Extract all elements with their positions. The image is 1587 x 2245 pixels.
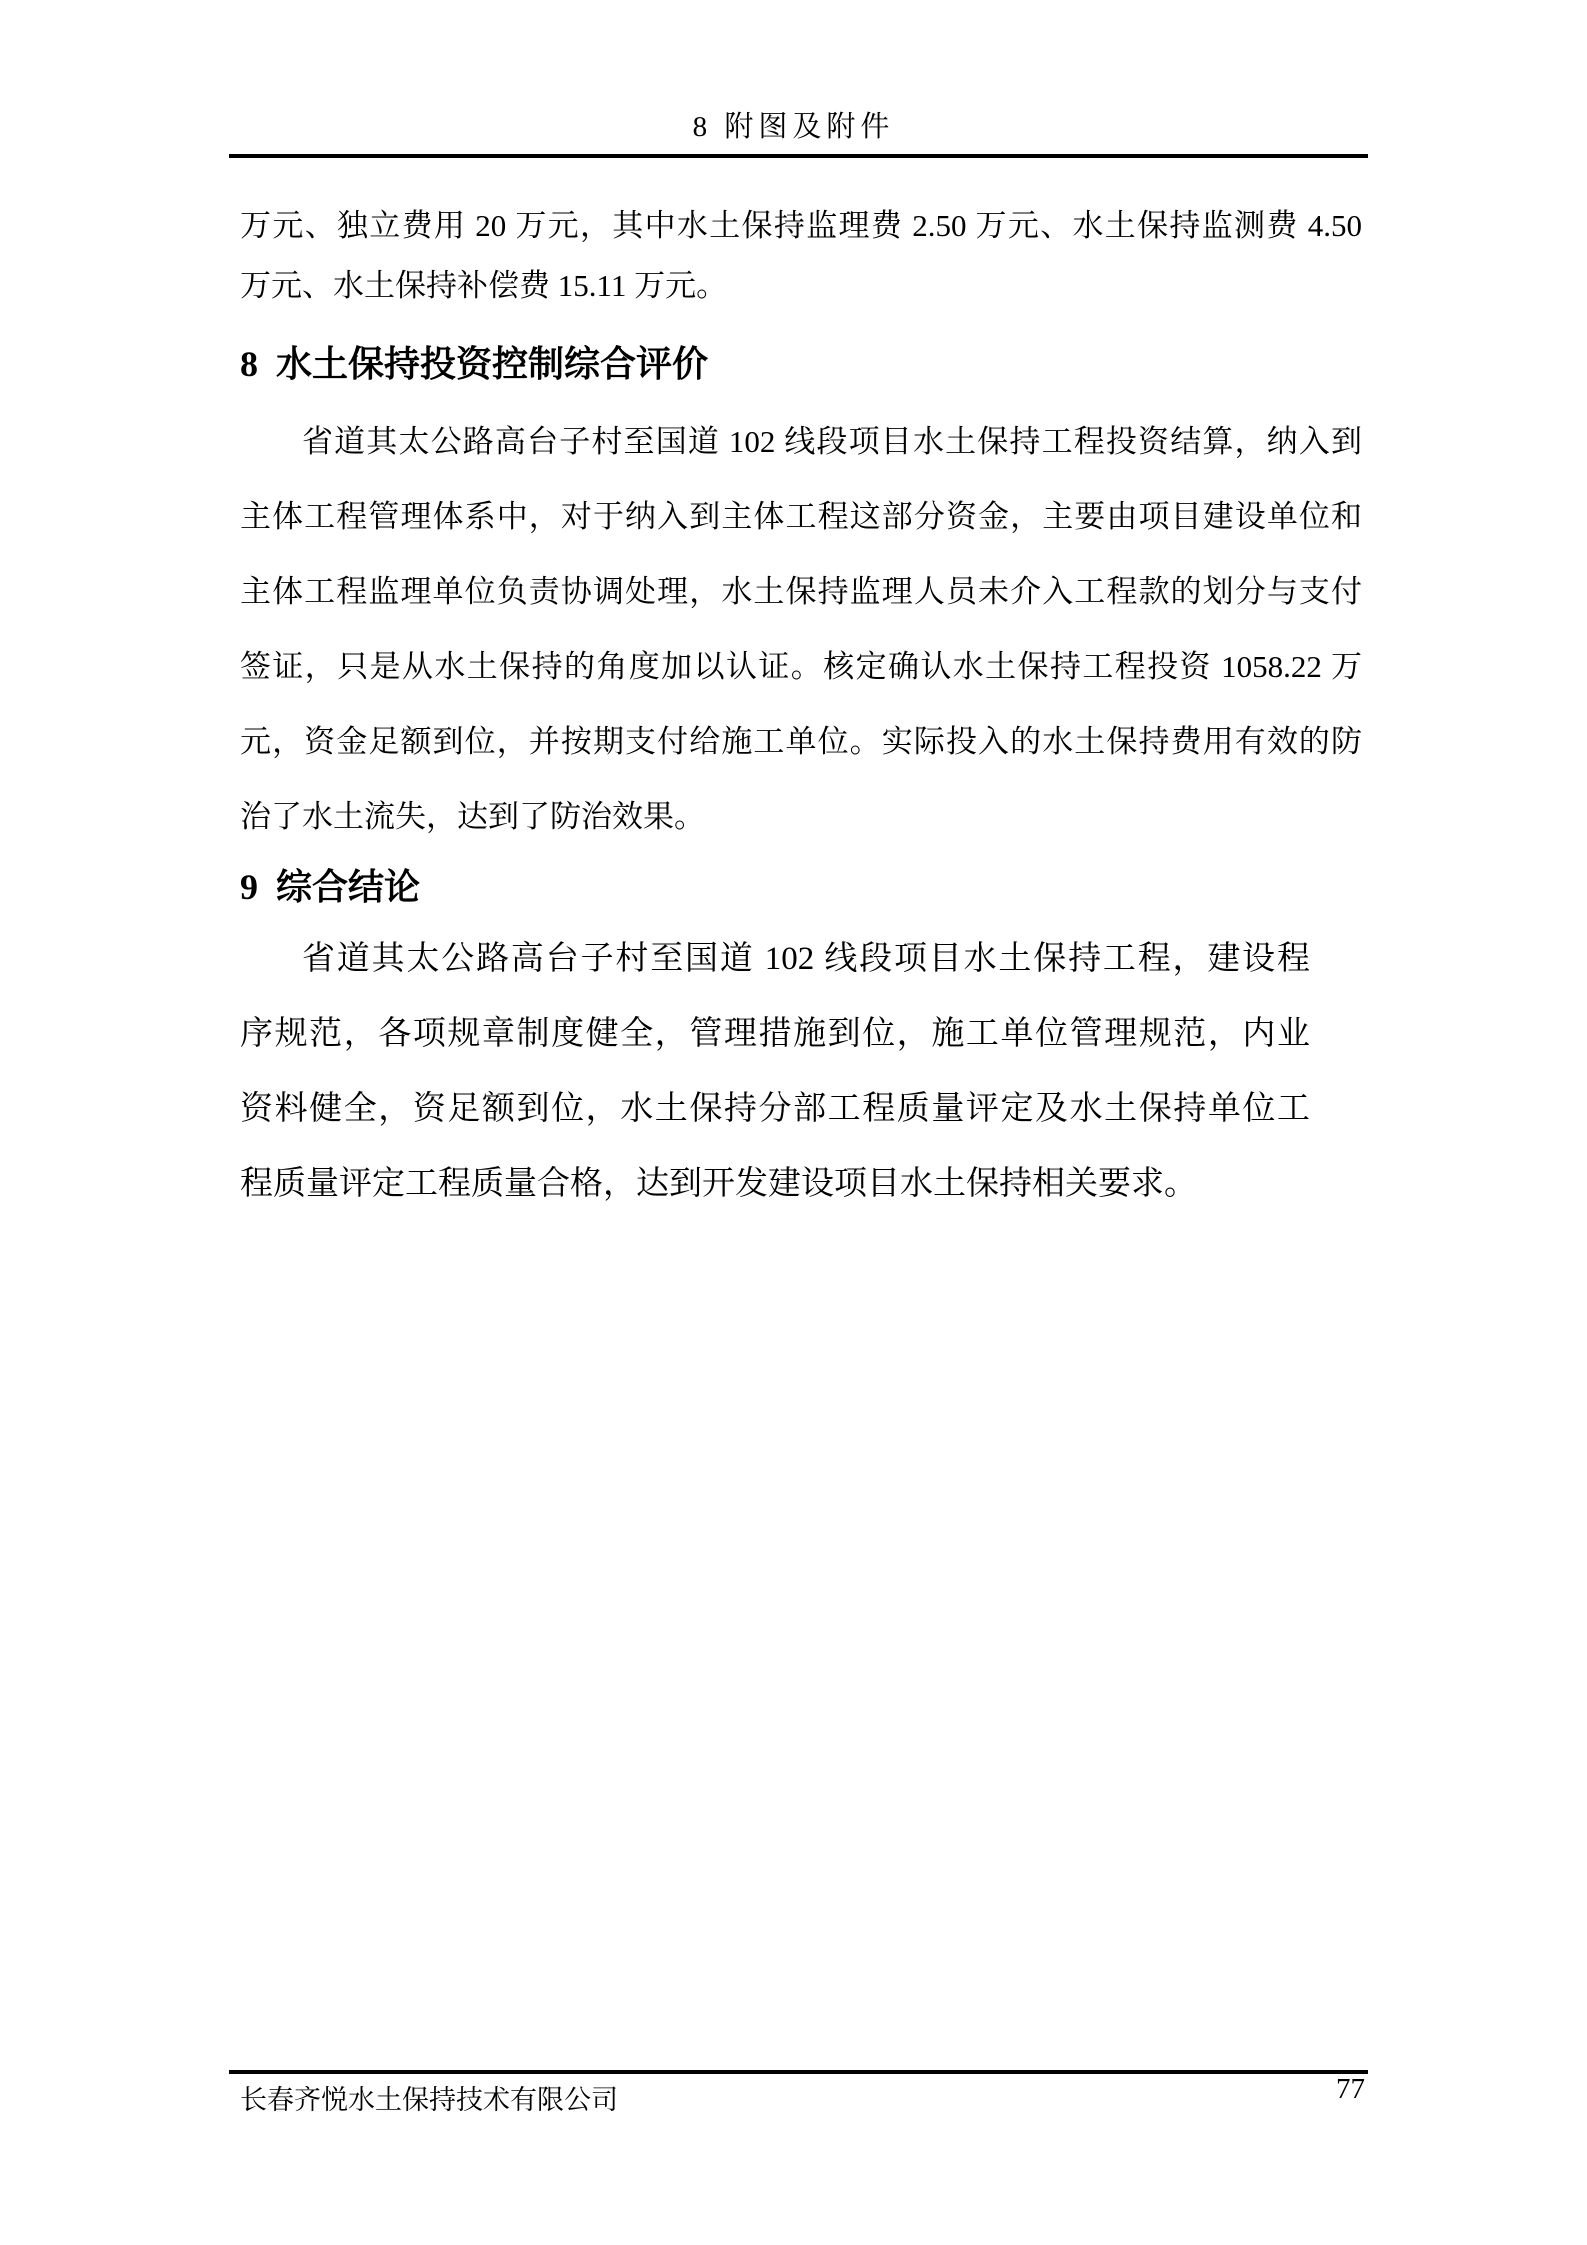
text-line: 主体工程管理体系中，对于纳入到主体工程这部分资金，主要由项目建设单位和 (240, 479, 1362, 554)
section-9-heading: 9 综合结论 (240, 869, 420, 905)
text-line: 万元、水土保持补偿费 15.11 万元。 (240, 256, 1362, 316)
document-page: 8 附图及附件 万元、独立费用 20 万元，其中水土保持监理费 2.50 万元、… (0, 0, 1587, 2245)
section-9-paragraph: 省道其太公路高台子村至国道 102 线段项目水土保持工程，建设程序规范，各项规章… (240, 922, 1310, 1222)
text-line: 序规范，各项规章制度健全，管理措施到位，施工单位管理规范，内业 (240, 997, 1310, 1072)
text-line: 治了水土流失，达到了防治效果。 (240, 779, 1362, 854)
footer-page-number: 77 (1336, 2072, 1365, 2107)
section-8-paragraph: 省道其太公路高台子村至国道 102 线段项目水土保持工程投资结算，纳入到主体工程… (240, 404, 1362, 854)
text-line: 省道其太公路高台子村至国道 102 线段项目水土保持工程投资结算，纳入到 (240, 404, 1362, 479)
text-line: 程质量评定工程质量合格，达到开发建设项目水土保持相关要求。 (240, 1147, 1310, 1222)
text-line: 签证，只是从水土保持的角度加以认证。核定确认水土保持工程投资 1058.22 万 (240, 629, 1362, 704)
intro-paragraph: 万元、独立费用 20 万元，其中水土保持监理费 2.50 万元、水土保持监测费 … (240, 196, 1362, 316)
text-line: 省道其太公路高台子村至国道 102 线段项目水土保持工程，建设程 (240, 922, 1310, 997)
section-8-heading: 8 水土保持投资控制综合评价 (240, 346, 708, 382)
text-line: 主体工程监理单位负责协调处理，水土保持监理人员未介入工程款的划分与支付 (240, 554, 1362, 629)
text-line: 万元、独立费用 20 万元，其中水土保持监理费 2.50 万元、水土保持监测费 … (240, 196, 1362, 256)
footer-company-name: 长春齐悦水土保持技术有限公司 (240, 2084, 618, 2116)
header-rule (229, 154, 1368, 158)
running-header-title: 8 附图及附件 (0, 113, 1587, 142)
text-line: 资料健全，资足额到位，水土保持分部工程质量评定及水土保持单位工 (240, 1072, 1310, 1147)
text-line: 元，资金足额到位，并按期支付给施工单位。实际投入的水土保持费用有效的防 (240, 704, 1362, 779)
footer-rule (229, 2070, 1368, 2074)
